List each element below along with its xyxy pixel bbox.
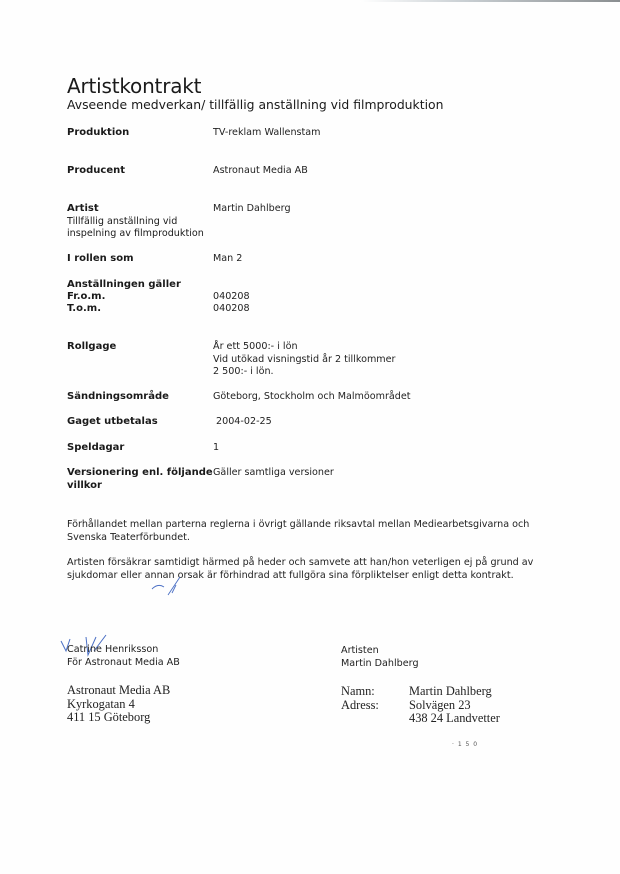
field-value: Man 2 [213,253,242,266]
producer-street: Kyrkogatan 4 [67,698,170,712]
field-value: 2004-02-25 [216,416,272,429]
artist-city-row: 438 24 Landvetter [341,712,379,726]
field-label: Rollgage [67,341,217,354]
rollgage-line: Vid utökad visningstid år 2 tillkommer [213,354,396,367]
field-value: År ett 5000:- i lön Vid utökad visningst… [213,341,396,379]
field-label-line: villkor [67,480,227,493]
field-label: Produktion [67,127,217,140]
field-sublabel: inspelning av filmproduktion [67,228,217,241]
field-label: Artist Tillfällig anställning vid inspel… [67,203,217,241]
paragraph-declaration: Artisten försäkrar samtidigt härmed på h… [67,557,537,582]
artist-namn-label: Namn: [341,684,375,698]
artist-role: Artisten [341,645,419,658]
field-label: Anställningen gäller [67,279,217,292]
field-value: 040208 [213,303,250,316]
paragraph-line: Förhållandet mellan parterna reglerna i … [67,519,537,532]
scan-edge [360,0,620,2]
paragraph-line: Artisten försäkrar samtidigt härmed på h… [67,557,537,570]
field-sublabel: Tillfällig anställning vid [67,216,217,229]
artist-street: Solvägen 23 [409,699,471,713]
field-label-line: Versionering enl. följande [67,467,227,480]
field-label: Fr.o.m. [67,291,217,304]
paragraph-line: sjukdomar eller annan orsak är förhindra… [67,570,537,583]
page-number-fragment: · 1 5 0 [452,741,478,748]
field-label: Gaget utbetalas [67,416,217,429]
artist-adress-label: Adress: [341,698,379,712]
paragraph-line: Svenska Teaterförbundet. [67,532,537,545]
field-label: I rollen som [67,253,217,266]
producer-address: Astronaut Media AB Kyrkogatan 4 411 15 G… [67,684,170,725]
field-value: Astronaut Media AB [213,165,308,178]
contract-page: Artistkontrakt Avseende medverkan/ tillf… [0,0,620,874]
field-value: TV-reklam Wallenstam [213,127,321,140]
document-subtitle: Avseende medverkan/ tillfällig anställni… [67,97,443,112]
producer-signatory-name: Catrine Henriksson [67,644,180,657]
field-label: Versionering enl. följande villkor [67,467,227,492]
artist-adress-row: Adress: Solvägen 23 [341,699,379,713]
artist-namn-value: Martin Dahlberg [409,685,492,699]
field-value: 1 [213,442,219,455]
artist-signature-block: Artisten Martin Dahlberg [341,645,419,670]
artist-city: 438 24 Landvetter [409,712,500,726]
field-label-main: Artist [67,203,99,214]
field-label: Producent [67,165,217,178]
field-label: Speldagar [67,442,217,455]
document-title: Artistkontrakt [67,74,201,98]
field-value: 040208 [213,291,250,304]
rollgage-line: 2 500:- i lön. [213,366,396,379]
artist-address: Namn: Martin Dahlberg Adress: Solvägen 2… [341,685,379,726]
artist-signatory-name: Martin Dahlberg [341,658,419,671]
field-value: Göteborg, Stockholm och Malmöområdet [213,391,411,404]
rollgage-line: År ett 5000:- i lön [213,341,396,354]
paragraph-agreement: Förhållandet mellan parterna reglerna i … [67,519,537,544]
producer-city: 411 15 Göteborg [67,711,170,725]
artist-namn-row: Namn: Martin Dahlberg [341,685,379,699]
field-label: T.o.m. [67,303,217,316]
producer-signature-block: Catrine Henriksson För Astronaut Media A… [67,644,180,669]
producer-company: Astronaut Media AB [67,684,170,698]
field-value: Martin Dahlberg [213,203,291,216]
field-label: Sändningsområde [67,391,217,404]
producer-on-behalf: För Astronaut Media AB [67,657,180,670]
field-value: Gäller samtliga versioner [213,467,334,480]
